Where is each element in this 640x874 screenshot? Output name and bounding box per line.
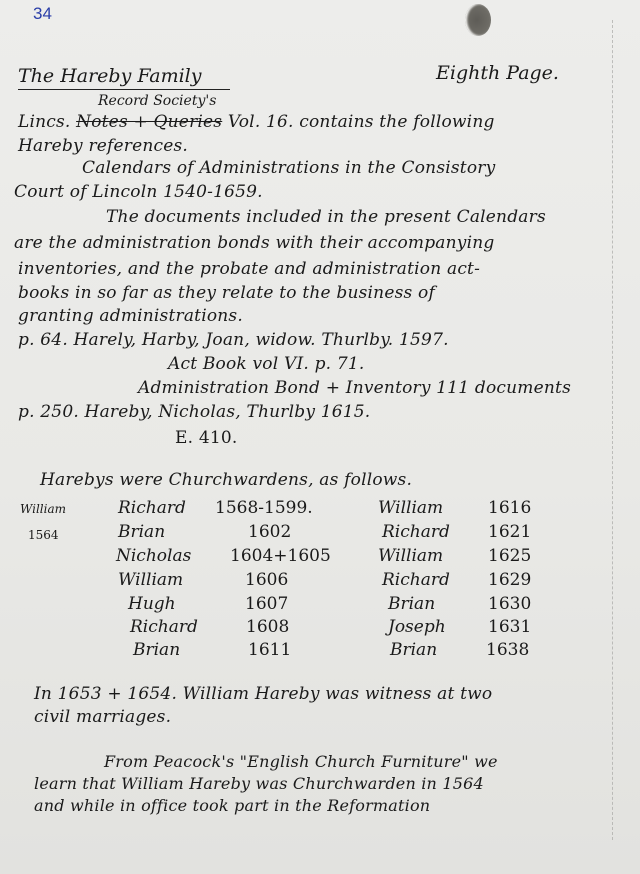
intro-prefix: Lincs. [18, 112, 71, 132]
marriages-line-2: civil marriages. [34, 707, 171, 727]
entry-line: Administration Bond + Inventory 111 docu… [138, 378, 571, 398]
churchwardens-heading: Harebys were Churchwardens, as follows. [40, 470, 412, 490]
cw-year: 1616 [488, 498, 531, 518]
marriages-line-1: In 1653 + 1654. William Hareby was witne… [34, 684, 492, 704]
cw-year: 1608 [246, 617, 289, 637]
cw-name: Richard [382, 570, 450, 590]
cw-name: William [378, 498, 443, 518]
peacock-line: From Peacock's "English Church Furniture… [104, 752, 498, 772]
desc-line: are the administration bonds with their … [14, 233, 494, 253]
page-number: 34 [33, 4, 52, 24]
entry-line: E. 410. [175, 428, 237, 448]
cw-year: 1606 [245, 570, 288, 590]
page-label: Eighth Page. [436, 62, 559, 84]
cw-year: 1625 [488, 546, 531, 566]
cw-name: Brian [118, 522, 165, 542]
cw-name: Richard [130, 617, 198, 637]
cw-year: 1611 [248, 640, 291, 660]
entry-line: Act Book vol VI. p. 71. [168, 354, 365, 374]
desc-line: granting administrations. [18, 306, 243, 326]
cw-name: William [378, 546, 443, 566]
cw-name: William [118, 570, 183, 590]
intro-line-2: Hareby references. [18, 136, 188, 156]
intro-rest: Vol. 16. contains the following [228, 112, 495, 132]
struck-text: Notes + Queries [76, 112, 222, 132]
desc-line: inventories, and the probate and adminis… [18, 259, 480, 279]
cw-year: 1607 [245, 594, 288, 614]
calendars-line-1: Calendars of Administrations in the Cons… [82, 158, 495, 178]
cw-year: 1602 [248, 522, 291, 542]
intro-line-1: Lincs. Notes + Queries Vol. 16. contains… [18, 112, 495, 132]
cw-year: 1568-1599. [215, 498, 313, 518]
cw-name: Brian [133, 640, 180, 660]
cw-year: 1629 [488, 570, 531, 590]
cw-year: 1604+1605 [230, 546, 331, 566]
cw-name: Joseph [388, 617, 446, 637]
cw-name: Hugh [128, 594, 176, 614]
desc-line: books in so far as they relate to the bu… [18, 283, 435, 303]
cw-year: 1621 [488, 522, 531, 542]
title-underline [18, 89, 230, 90]
cw-name: Richard [118, 498, 186, 518]
punch-hole [465, 4, 491, 36]
cw-year: 1631 [488, 617, 531, 637]
cw-year: 1630 [488, 594, 531, 614]
margin-note-year: 1564 [28, 528, 59, 542]
desc-line: The documents included in the present Ca… [106, 207, 546, 227]
cw-name: Richard [382, 522, 450, 542]
peacock-line: and while in office took part in the Ref… [34, 796, 430, 816]
handwritten-page: 34 The Hareby Family Eighth Page. Record… [0, 0, 640, 874]
entry-line: p. 64. Harely, Harby, Joan, widow. Thurl… [18, 330, 449, 350]
peacock-line: learn that William Hareby was Churchward… [34, 774, 484, 794]
fold-line [612, 20, 613, 840]
cw-name: Brian [390, 640, 437, 660]
calendars-line-2: Court of Lincoln 1540-1659. [14, 182, 263, 202]
margin-note-name: William [20, 502, 66, 516]
page-title: The Hareby Family [18, 65, 201, 87]
cw-name: Brian [388, 594, 435, 614]
inserted-text: Record Society's [98, 93, 216, 109]
cw-name: Nicholas [116, 546, 191, 566]
cw-year: 1638 [486, 640, 529, 660]
entry-line: p. 250. Hareby, Nicholas, Thurlby 1615. [18, 402, 370, 422]
